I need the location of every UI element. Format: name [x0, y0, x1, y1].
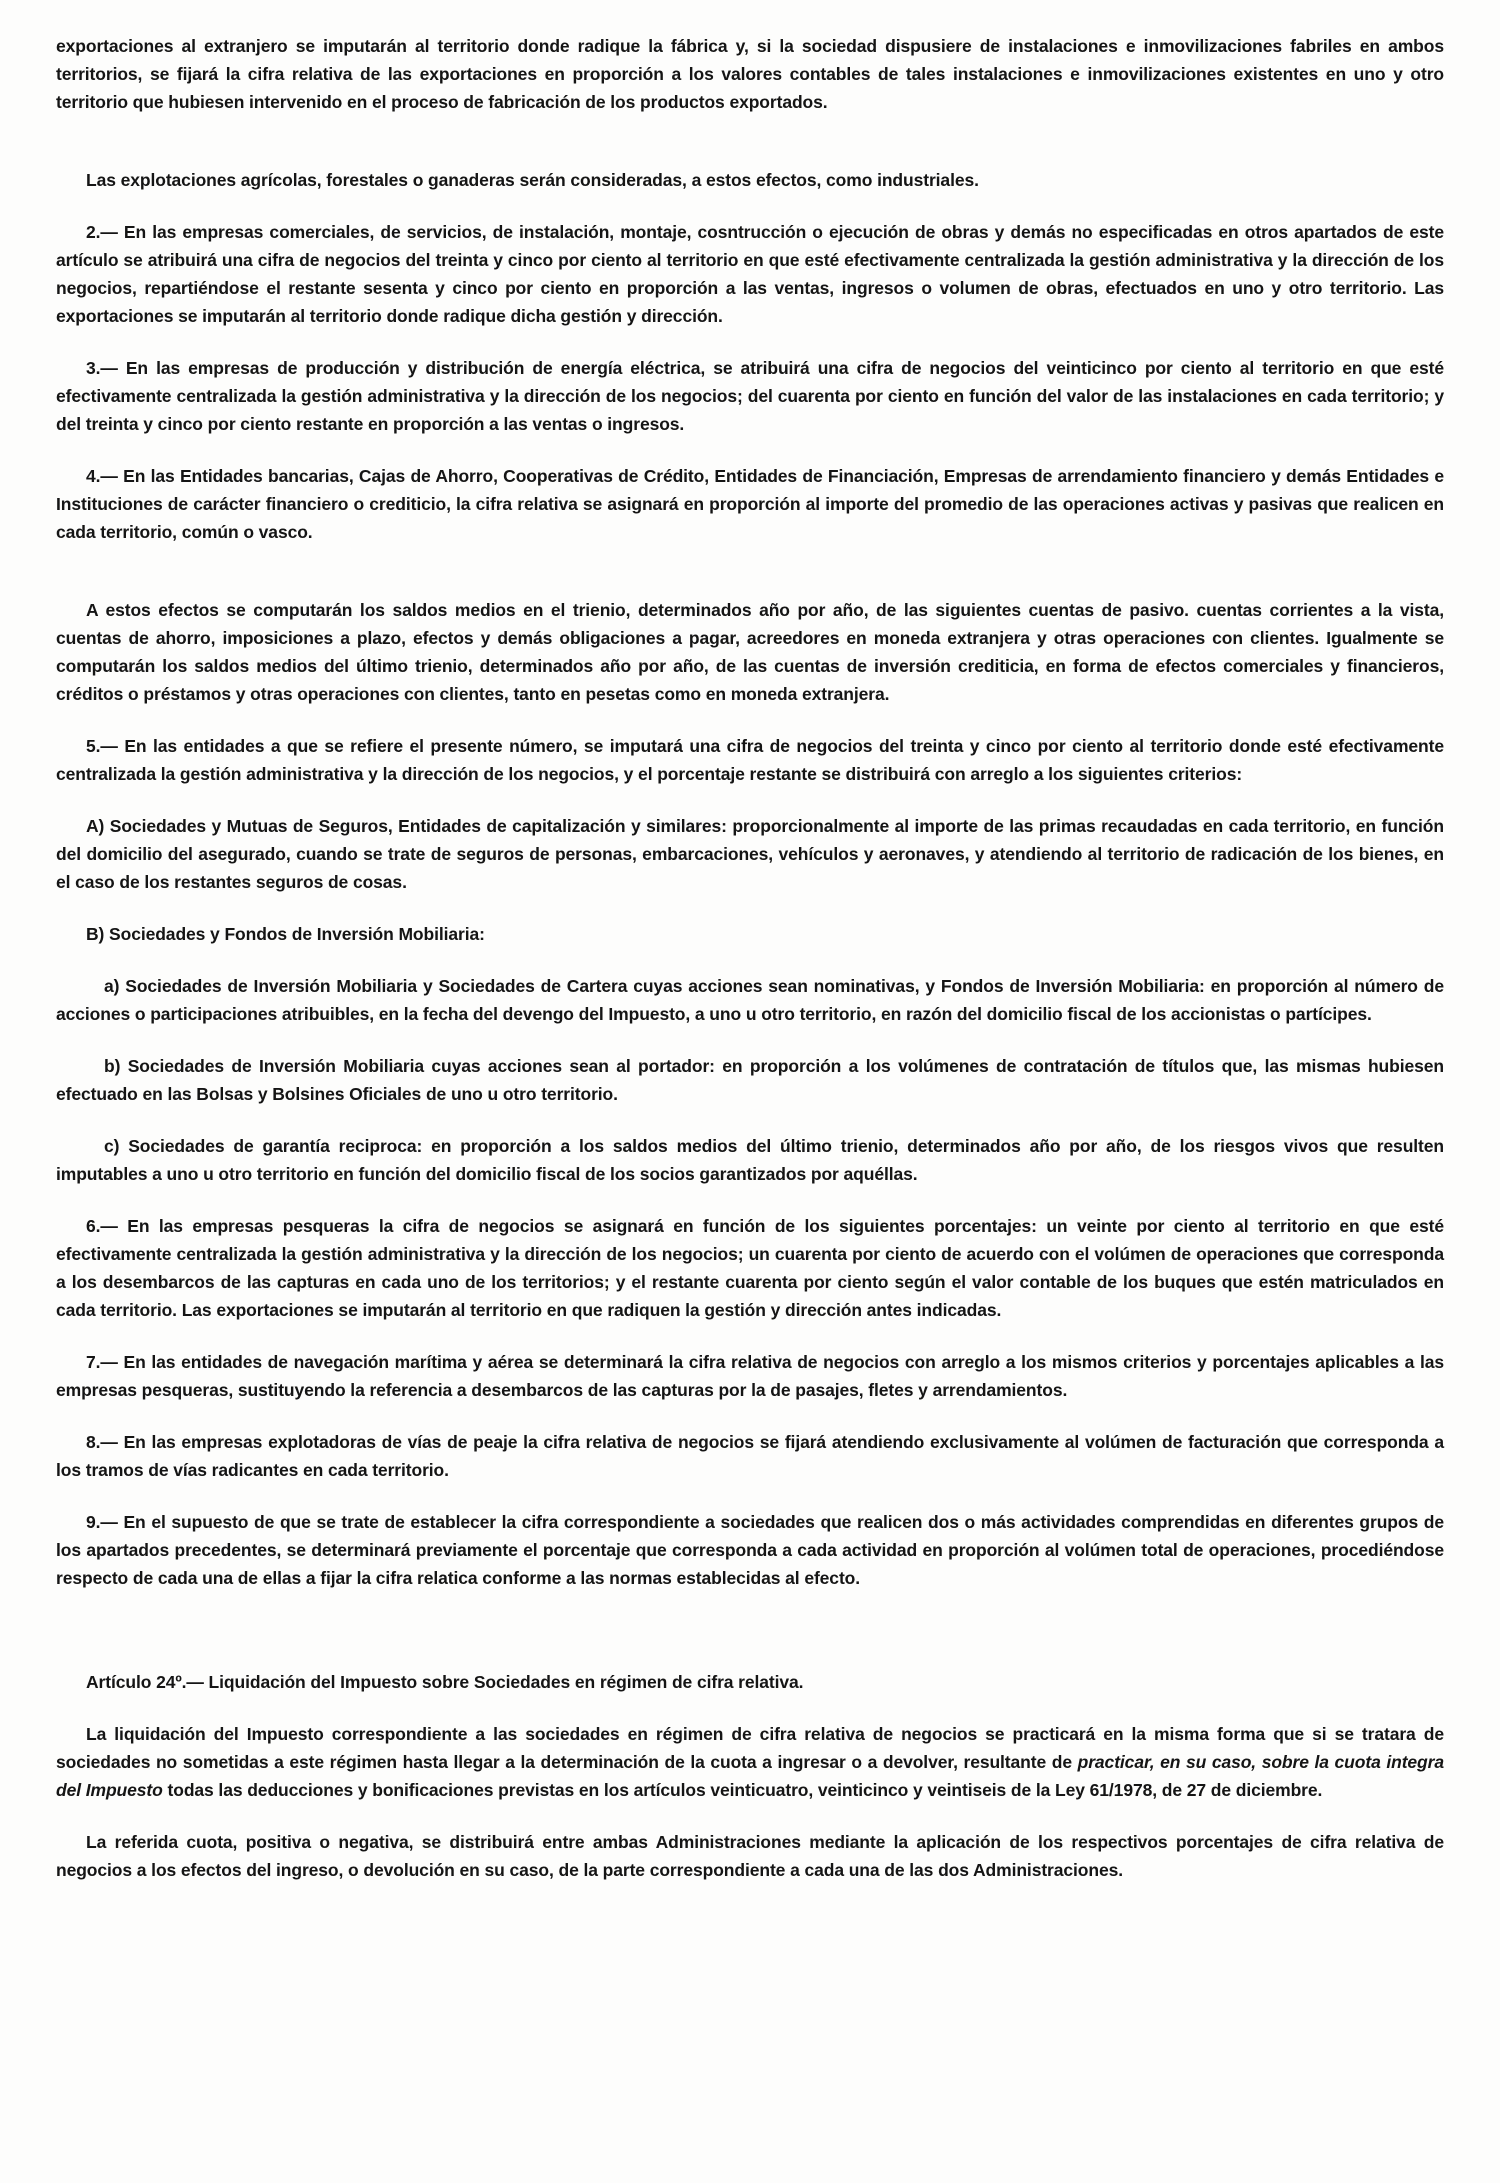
paragraph-apartado-9: 9.— En el supuesto de que se trate de es… — [56, 1508, 1444, 1592]
paragraph-apartado-4: 4.— En las Entidades bancarias, Cajas de… — [56, 462, 1444, 546]
paragraph-liquidacion: La liquidación del Impuesto correspondie… — [56, 1720, 1444, 1804]
document-body: exportaciones al extranjero se imputarán… — [56, 32, 1444, 1884]
paragraph-exportaciones-continuacion: exportaciones al extranjero se imputarán… — [56, 32, 1444, 116]
paragraph-apartado-3: 3.— En las empresas de producción y dist… — [56, 354, 1444, 438]
paragraph-criterio-B-c: c) Sociedades de garantía reciproca: en … — [56, 1132, 1444, 1188]
paragraph-criterio-B-b: b) Sociedades de Inversión Mobiliaria cu… — [56, 1052, 1444, 1108]
paragraph-apartado-7: 7.— En las entidades de navegación marít… — [56, 1348, 1444, 1404]
paragraph-apartado-5: 5.— En las entidades a que se refiere el… — [56, 732, 1444, 788]
paragraph-apartado-6: 6.— En las empresas pesqueras la cifra d… — [56, 1212, 1444, 1324]
paragraph-apartado-2: 2.— En las empresas comerciales, de serv… — [56, 218, 1444, 330]
scanned-document-page: exportaciones al extranjero se imputarán… — [0, 0, 1500, 2183]
text-segment: todas las deducciones y bonificaciones p… — [163, 1780, 1323, 1800]
paragraph-criterio-B-a: a) Sociedades de Inversión Mobiliaria y … — [56, 972, 1444, 1028]
paragraph-referida-cuota: La referida cuota, positiva o negativa, … — [56, 1828, 1444, 1884]
paragraph-criterio-B: B) Sociedades y Fondos de Inversión Mobi… — [56, 920, 1444, 948]
paragraph-saldos-medios: A estos efectos se computarán los saldos… — [56, 596, 1444, 708]
article-24-heading: Artículo 24º.— Liquidación del Impuesto … — [56, 1668, 1444, 1696]
paragraph-explotaciones-agricolas: Las explotaciones agrícolas, forestales … — [56, 166, 1444, 194]
paragraph-criterio-A: A) Sociedades y Mutuas de Seguros, Entid… — [56, 812, 1444, 896]
paragraph-apartado-8: 8.— En las empresas explotadoras de vías… — [56, 1428, 1444, 1484]
